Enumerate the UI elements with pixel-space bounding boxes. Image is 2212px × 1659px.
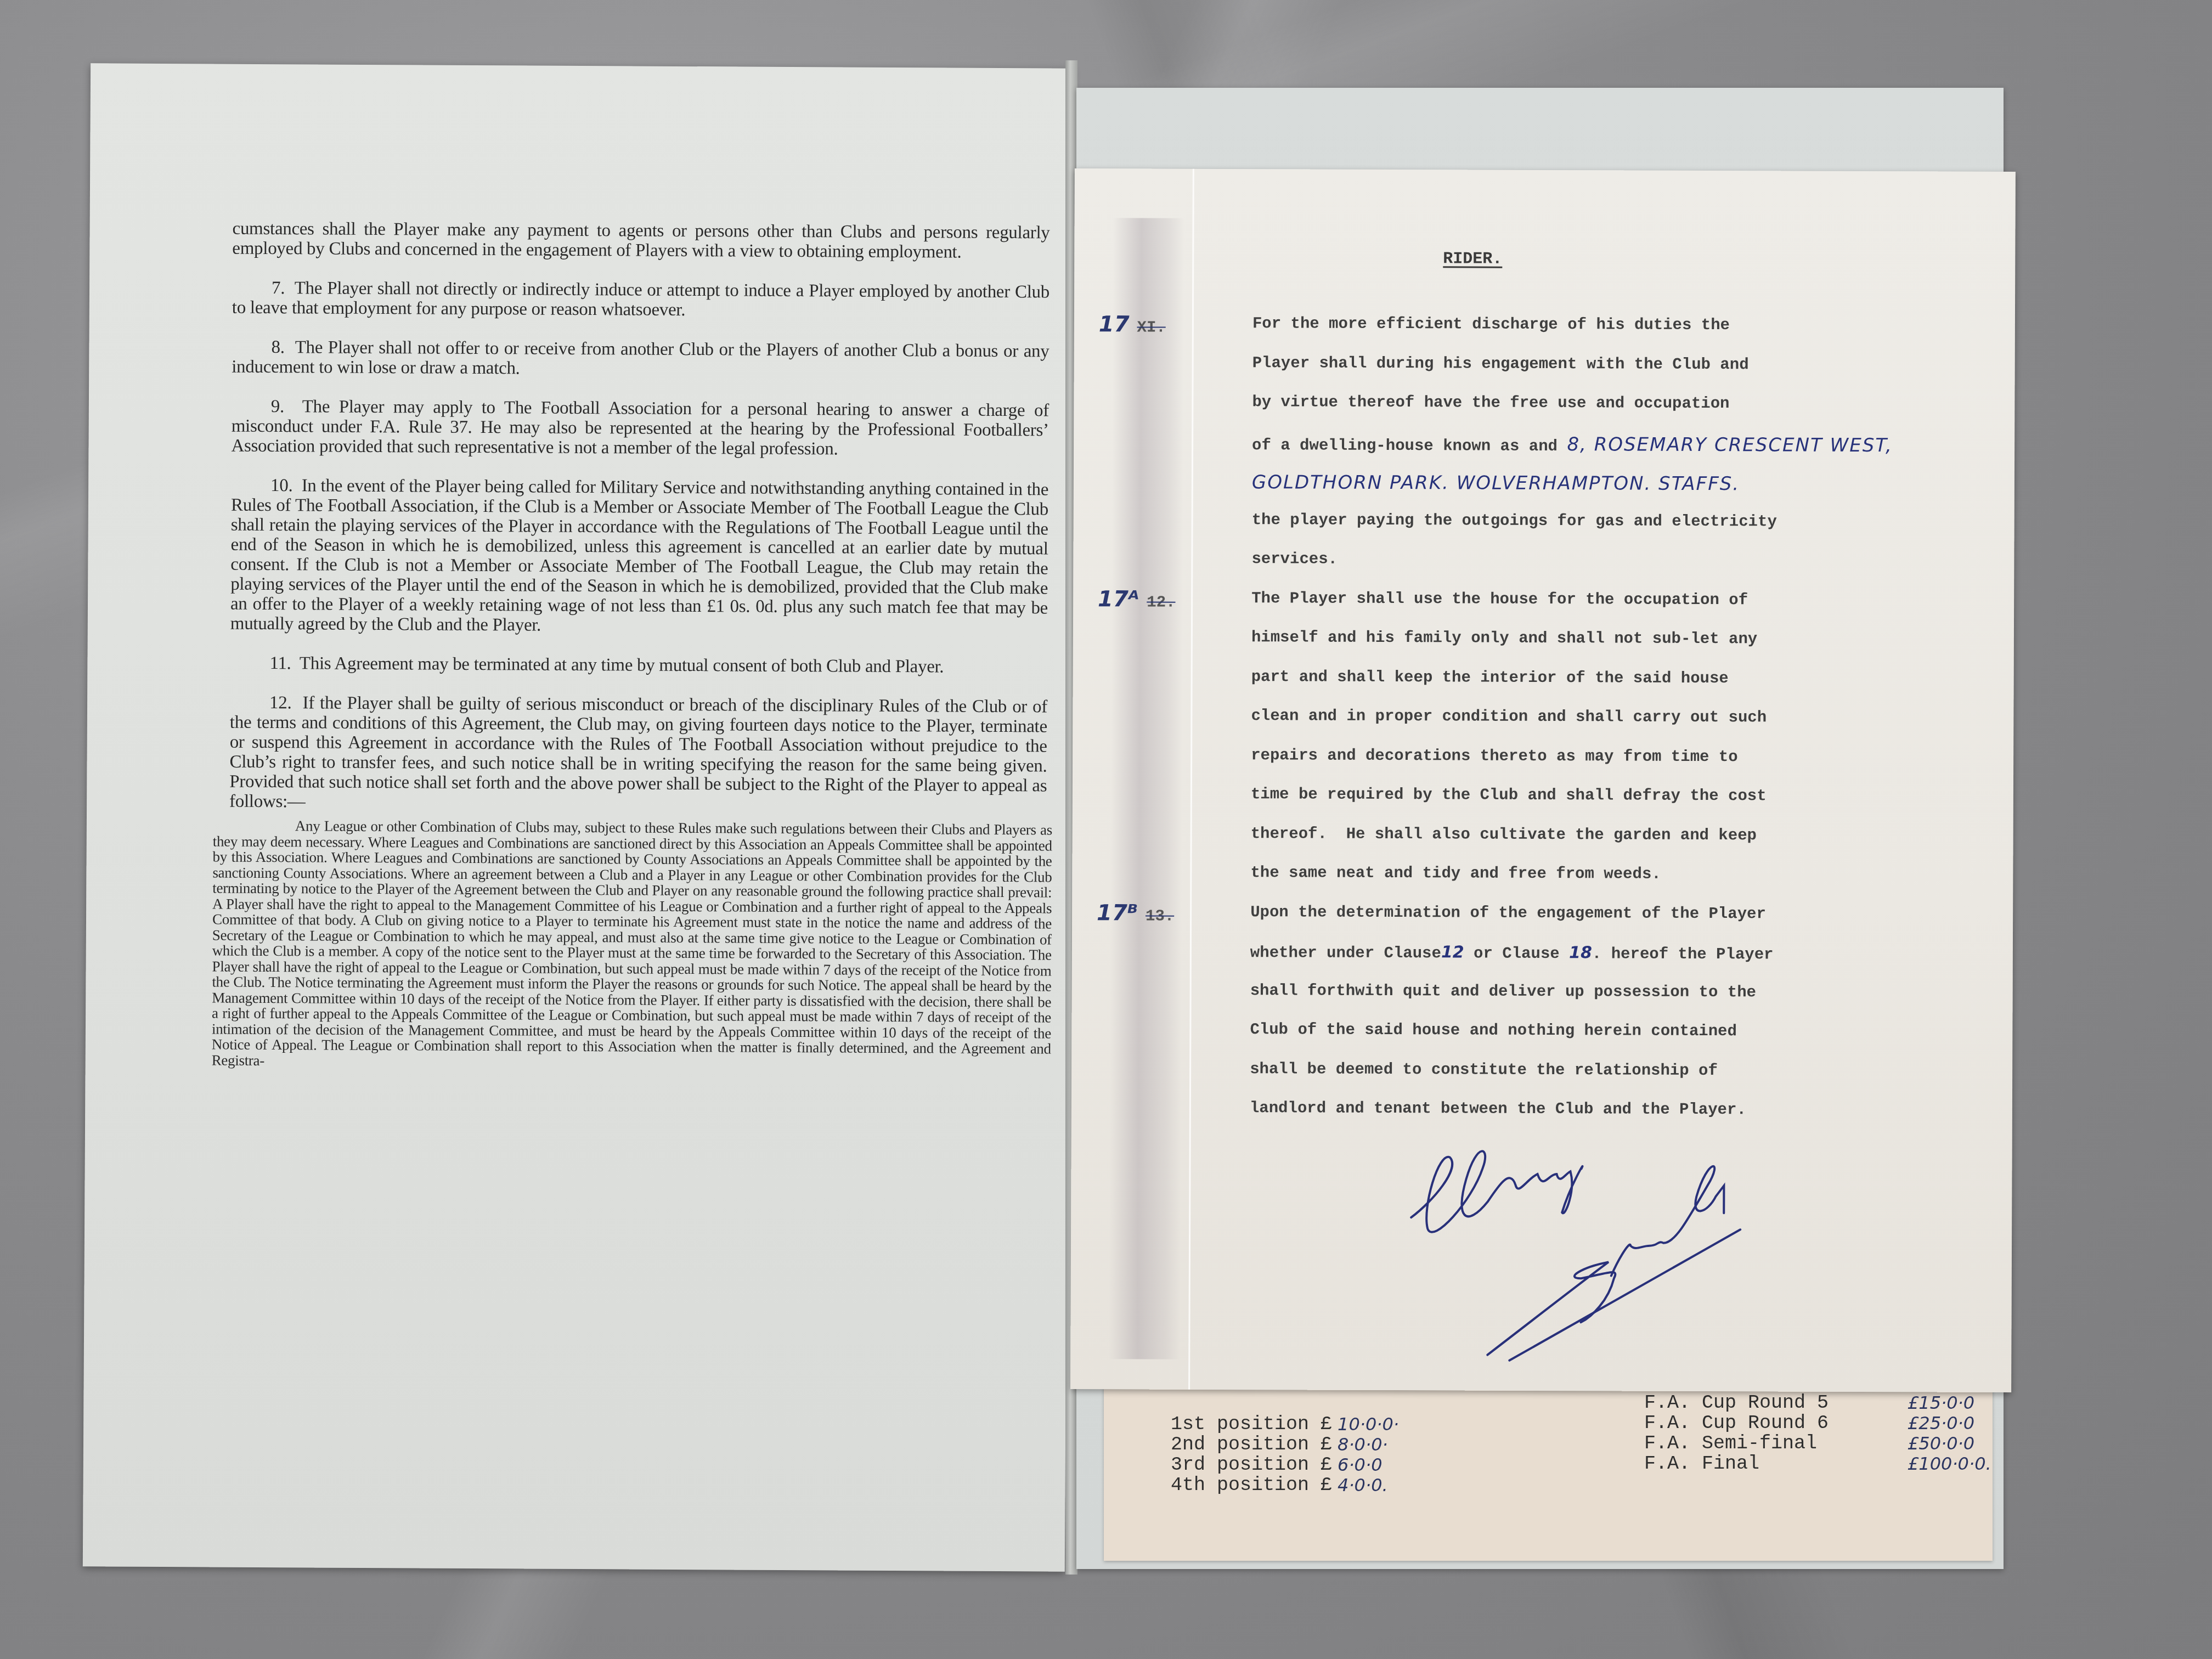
handwritten-clause-ref: 12: [1441, 943, 1464, 962]
typed-text: clean and in proper condition and shall …: [1251, 707, 1767, 726]
rider-line: by virtue thereof have the free use and …: [1252, 393, 1910, 435]
paragraph-cont-6: cumstances shall the Player make any pay…: [232, 219, 1049, 263]
bonus-schedule-sheet: First Division. 1st position £10·0·0·2nd…: [1104, 1372, 1993, 1561]
league-bonus-row: 2nd position £8·0·0·: [1171, 1435, 1399, 1455]
clause-10: 10. In the event of the Player being cal…: [230, 476, 1048, 638]
handwritten-clause-number: 17ᴮ: [1097, 900, 1138, 926]
rider-sheet: RIDER. 17XI.For the more efficient disch…: [1070, 168, 2016, 1392]
typed-text: whether under Clause: [1250, 944, 1441, 962]
rider-line: shall forthwith quit and deliver up poss…: [1250, 981, 1908, 1023]
cup-bonus-row: F.A. Cup Round 6£25·0·0: [1644, 1413, 1991, 1434]
clause-9: 9. The Player may apply to The Football …: [231, 397, 1049, 460]
cup-bonus-row: F.A. Semi-final£50·0·0: [1644, 1434, 1991, 1454]
handwritten-address: 8, ROSEMARY CRESCENT WEST,: [1567, 433, 1893, 456]
rider-line: himself and his family only and shall no…: [1251, 628, 1910, 670]
left-page-text: cumstances shall the Player make any pay…: [228, 219, 1050, 1073]
bonus-label: F.A. Cup Round 5: [1644, 1393, 1902, 1413]
bonus-label: F.A. Final: [1644, 1454, 1902, 1474]
league-bonus-row: 4th position £4·0·0.: [1171, 1475, 1399, 1496]
clause-number-annotation: 17XI.: [1099, 312, 1242, 337]
handwritten-address: GOLDTHORN PARK. WOLVERHAMPTON. STAFFS.: [1252, 471, 1740, 495]
typed-text: shall be deemed to constitute the relati…: [1250, 1060, 1718, 1080]
rider-line: Player shall during his engagement with …: [1252, 354, 1910, 396]
bonus-amount: 6·0·0: [1338, 1455, 1382, 1475]
bonus-amount: £25·0·0: [1908, 1413, 1974, 1434]
typed-text: the same neat and tidy and free from wee…: [1250, 864, 1661, 883]
typed-text: thereof. He shall also cultivate the gar…: [1251, 825, 1757, 844]
rider-line: shall be deemed to constitute the relati…: [1250, 1060, 1908, 1102]
clause-7: 7. The Player shall not directly or indi…: [232, 278, 1049, 322]
bonus-amount: 10·0·0·: [1338, 1414, 1399, 1435]
bonus-amount: 8·0·0·: [1338, 1435, 1388, 1455]
clause-number: 9.: [271, 397, 284, 416]
clause-number: 10.: [270, 476, 293, 495]
handwritten-clause-ref: 18: [1569, 943, 1592, 962]
typed-text: The Player shall use the house for the o…: [1251, 589, 1748, 609]
signatures: [1400, 1135, 1817, 1367]
typed-text: of a dwelling-house known as and: [1252, 436, 1567, 455]
clause-11: 11. This Agreement may be terminated at …: [230, 653, 1047, 678]
typed-text: . hereof the Player: [1592, 945, 1774, 963]
league-position-bonuses: 1st position £10·0·0·2nd position £8·0·0…: [1171, 1414, 1399, 1496]
rider-line: whether under Clause12 or Clause 18. her…: [1250, 942, 1909, 984]
struck-typed-number: 12.: [1147, 593, 1175, 611]
typed-text: services.: [1251, 550, 1338, 568]
clause-number-annotation: 17ᴮ13.: [1097, 900, 1239, 926]
rider-line: the player paying the outgoings for gas …: [1251, 511, 1910, 552]
rider-body: 17XI.For the more efficient discharge of…: [1250, 314, 1911, 1141]
signature-clamp: [1411, 1151, 1583, 1233]
bonus-label: 1st position £: [1171, 1414, 1332, 1435]
rider-line: clean and in proper condition and shall …: [1251, 707, 1909, 748]
rider-line: the same neat and tidy and free from wee…: [1250, 864, 1909, 905]
typed-text: time be required by the Club and shall d…: [1251, 785, 1767, 805]
clause-8: 8. The Player shall not offer to or rece…: [232, 337, 1049, 381]
typed-text: landlord and tenant between the Club and…: [1250, 1099, 1746, 1119]
clause-number-annotation: 17ᴬ12.: [1098, 586, 1240, 612]
rider-line: 17ᴮ13.Upon the determination of the enga…: [1250, 903, 1909, 945]
clause-number: 12.: [269, 693, 292, 713]
rider-line: of a dwelling-house known as and 8, ROSE…: [1252, 432, 1910, 474]
bonus-label: F.A. Cup Round 6: [1644, 1413, 1902, 1434]
rider-line: landlord and tenant between the Club and…: [1250, 1099, 1908, 1141]
rider-line: Club of the said house and nothing herei…: [1250, 1020, 1908, 1062]
rider-line: repairs and decorations thereto as may f…: [1251, 746, 1909, 788]
rider-line: GOLDTHORN PARK. WOLVERHAMPTON. STAFFS.: [1252, 471, 1910, 513]
typed-text: the player paying the outgoings for gas …: [1252, 511, 1777, 531]
typed-text: part and shall keep the interior of the …: [1251, 668, 1729, 687]
bonus-label: F.A. Semi-final: [1644, 1434, 1902, 1454]
typed-text: or Clause: [1464, 945, 1570, 963]
typed-text: Club of the said house and nothing herei…: [1250, 1020, 1737, 1040]
typed-text: repairs and decorations thereto as may f…: [1251, 746, 1738, 766]
paper-crease: [1188, 169, 1194, 1390]
struck-typed-number: 13.: [1145, 907, 1174, 925]
typed-text: shall forthwith quit and deliver up poss…: [1250, 981, 1756, 1001]
typed-text: Upon the determination of the engagement…: [1250, 903, 1766, 923]
rider-line: services.: [1251, 550, 1910, 591]
rider-title: RIDER.: [1443, 250, 1502, 268]
handwritten-clause-number: 17: [1099, 312, 1130, 337]
struck-typed-number: XI.: [1137, 318, 1165, 336]
rider-line: time be required by the Club and shall d…: [1251, 785, 1909, 827]
bonus-label: 3rd position £: [1171, 1455, 1332, 1475]
footnote-appeals: Any League or other Combination of Clubs…: [212, 818, 1052, 1073]
rider-line: 17ᴬ12.The Player shall use the house for…: [1251, 589, 1910, 631]
rider-line: thereof. He shall also cultivate the gar…: [1250, 825, 1909, 866]
typed-text: himself and his family only and shall no…: [1251, 628, 1757, 648]
bonus-label: 2nd position £: [1171, 1435, 1332, 1455]
signature-howell: [1487, 1165, 1740, 1361]
rider-line: part and shall keep the interior of the …: [1251, 668, 1909, 709]
clause-number: 11.: [269, 653, 291, 673]
league-bonus-row: 3rd position £6·0·0: [1171, 1455, 1399, 1475]
paper-stain: [1109, 218, 1184, 1359]
handwritten-clause-number: 17ᴬ: [1098, 586, 1139, 612]
cup-bonus-row: F.A. Cup Round 5£15·0·0: [1644, 1393, 1991, 1413]
left-contract-page: cumstances shall the Player make any pay…: [83, 63, 1073, 1571]
clause-number: 7.: [272, 278, 285, 298]
cup-bonus-row: F.A. Final£100·0·0.: [1644, 1454, 1991, 1474]
bonus-amount: £100·0·0.: [1908, 1454, 1991, 1474]
clause-number: 8.: [271, 337, 284, 357]
typed-text: For the more efficient discharge of his …: [1252, 314, 1730, 334]
league-bonus-row: 1st position £10·0·0·: [1171, 1414, 1399, 1435]
typed-text: Player shall during his engagement with …: [1252, 354, 1749, 374]
bonus-amount: 4·0·0.: [1338, 1475, 1388, 1496]
clause-12: 12. If the Player shall be guilty of ser…: [229, 693, 1047, 816]
typed-text: by virtue thereof have the free use and …: [1252, 393, 1729, 413]
rider-line: 17XI.For the more efficient discharge of…: [1252, 314, 1911, 356]
bonus-label: 4th position £: [1171, 1475, 1332, 1496]
bonus-amount: £50·0·0: [1908, 1434, 1974, 1454]
bonus-amount: £15·0·0: [1908, 1393, 1974, 1413]
